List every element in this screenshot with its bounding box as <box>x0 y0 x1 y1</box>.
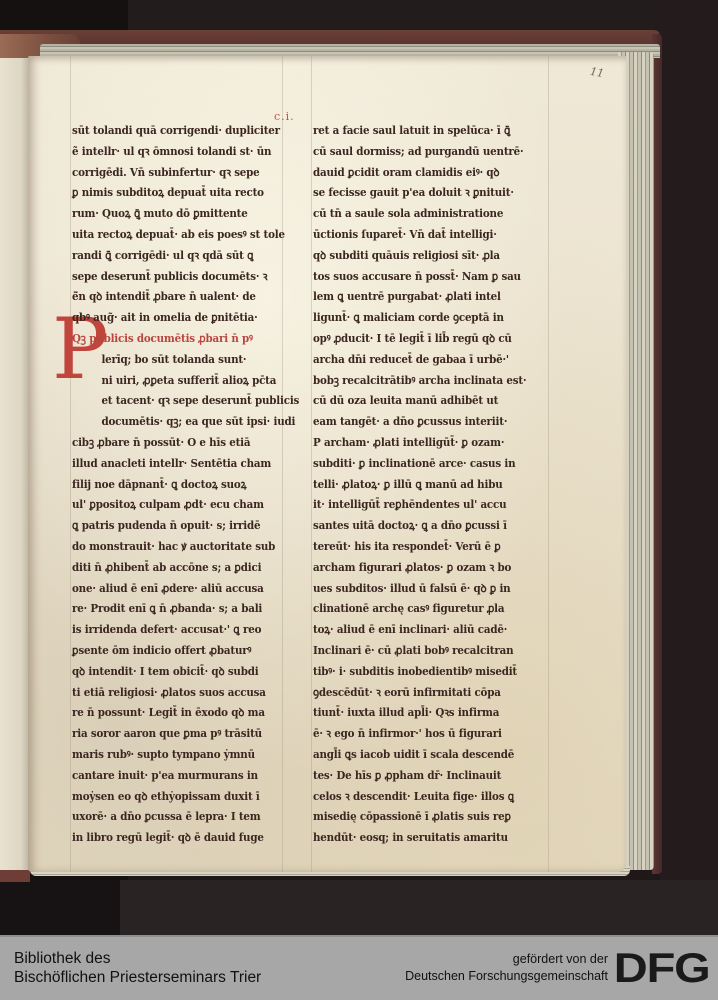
text-line: corrigēdi. Vn̄ subinfertur· qꝛ sepe <box>72 162 256 183</box>
background-right <box>660 0 718 935</box>
text-line: uita rectoꝝ depuat̄· ab eis poesꝰ st tol… <box>72 224 256 245</box>
text-line: tes· De hīs ꝑ ꝓpham dr̄· Inclinauit <box>313 765 526 786</box>
text-line: misedię cōpassionē ī ꝓlatis suis reꝑ <box>313 806 526 827</box>
text-line: archam figurari ꝓlatos· ꝑ ozam ꝛ bo <box>313 557 526 578</box>
folio-number: 11 <box>589 65 605 80</box>
facing-page-cover <box>0 870 30 882</box>
text-column-left: sūt tolandi quā corrigendi· dupliciter ẽ… <box>72 120 272 848</box>
text-line: ni uiri, ꝓꝑeta sufferit̄ alioꝝ pc̄ta <box>72 370 256 391</box>
text-line: ē̃n qꝺ intendit̄ ꝓbare n̄ ualent· de <box>72 286 256 307</box>
text-line: ria soror aaron que ꝑma pꝰ trāsitū <box>72 723 256 744</box>
text-line: ē· ꝛ ego n̄ infirmor·' hos ū figurari <box>313 723 526 744</box>
text-line: tiunt̄· iuxta illud apl̄i· Qꝛs infirma <box>313 702 526 723</box>
manuscript-scan: 11 c.i. P sūt tolandi quā corrigendi· du… <box>0 0 718 935</box>
library-name: Bibliothek des Bischöflichen Priestersem… <box>14 949 261 987</box>
text-line: celos ꝛ descendit· Leuita fige· illos ꝗ <box>313 786 526 807</box>
ruling-line <box>70 56 71 872</box>
text-line: qbꝰ aug̃· ait in omelia de ꝑnitētia· <box>72 307 256 328</box>
text-line: ul' ꝑpositoꝝ culpam ꝓdt· ecu cham <box>72 494 256 515</box>
text-line: et tacent· qꝛ sepe deserunt̄ publicis <box>72 390 256 411</box>
background-bottom <box>120 880 718 935</box>
text-line: cū dū oza leuita manū adhibēt ut <box>313 390 526 411</box>
text-line: angl̄i ꝗs iacob uidit ī scala descendē <box>313 744 526 765</box>
text-line: telli· ꝓlatoꝝ· ꝑ illū ꝗ manū ad hibu <box>313 474 526 495</box>
text-line: re n̄ possunt· Legit̄ in ēxodo qꝺ ma <box>72 702 256 723</box>
text-line: qꝺ subditi quāuis religiosi sīt· ꝓla <box>313 245 526 266</box>
text-line: tos suos accusare n̄ posst̄· Nam ꝑ sau <box>313 266 526 287</box>
text-line: cū saul dormiss; ad purgandū uentrē· <box>313 141 526 162</box>
text-line: dauid ꝑcidit oram clamidis eiꝰ· qꝺ <box>313 162 526 183</box>
library-name-line2: Bischöflichen Priesterseminars Trier <box>14 968 261 987</box>
text-line: sūt tolandi quā corrigendi· dupliciter <box>72 120 256 141</box>
text-line: ꝑsente ōm indicio offert ꝓbaturꝰ <box>72 640 256 661</box>
text-line: illud anacleti intellr· Sentētia cham <box>72 453 256 474</box>
ruling-line <box>548 56 549 872</box>
rubric-line: Qꝫ publicis documētis ꝓbari n̄ pꝰ <box>72 328 256 349</box>
text-line: ꝗ patris pudenda n̄ opuit· s; irridē <box>72 515 256 536</box>
text-line: se fecisse gauit p'ea doluit ꝛ ꝑnituit· <box>313 182 526 203</box>
ruling-line <box>311 56 312 872</box>
funding-credit: gefördert von der Deutschen Forschungsge… <box>405 951 608 985</box>
text-line: toꝝ· aliud ē enī inclinari· aliū cadē· <box>313 619 526 640</box>
text-line: maris rubꝰ· supto tympano ẏmnū <box>72 744 256 765</box>
footer-banner: Bibliothek des Bischöflichen Priestersem… <box>0 935 718 1000</box>
text-line: archa dn̄i reducet̄ de gabaa ī urbē·' <box>313 349 526 370</box>
text-line: cibꝫ ꝓbare n̄ possūt· O e hīs etiā <box>72 432 256 453</box>
text-line: ret a facie saul latuit in spelūca· ī ꝗ̄ <box>313 120 526 141</box>
text-line: randi ꝗ̄ corrigēdi· ul qꝛ qdā sūt ꝗ <box>72 245 256 266</box>
funding-credit-line1: gefördert von der <box>405 951 608 968</box>
facing-page-edge <box>0 58 30 878</box>
text-line: ues subditos· illud ū falsū ē· qꝺ ꝑ in <box>313 578 526 599</box>
background-bottom-left <box>0 880 122 935</box>
running-rubric: c.i. <box>274 110 295 123</box>
text-line: ꝯdescēdūt· ꝛ eorū infirmitati cōpa <box>313 682 526 703</box>
text-line: sepe deserunt̄ publicis documēts· ꝛ <box>72 266 256 287</box>
text-line: tibꝰ· i· subditis inobedientibꝰ misedit̄ <box>313 661 526 682</box>
text-line: eam tangēt· a dn̄o ꝑcussus interiit· <box>313 411 526 432</box>
text-line: uxorē· a dn̄o ꝑcussa ē lepra· I tem <box>72 806 256 827</box>
text-line: clinationē archę casꝰ figuretur ꝓla <box>313 598 526 619</box>
text-line: ꝑ nimis subditoꝝ depuat̄ uita recto <box>72 182 256 203</box>
library-name-line1: Bibliothek des <box>14 949 261 968</box>
text-line: opꝰ ꝓducit· I tē legit̄ ī lib̄ regū qꝺ c… <box>313 328 526 349</box>
text-line: P archam· ꝓlati intelligūt̄· ꝑ ozam· <box>313 432 526 453</box>
text-line: tereūt· his ita respondet̄· Verū ē ꝑ <box>313 536 526 557</box>
text-line: lem ꝗ uentrē purgabat· ꝓlati intel <box>313 286 526 307</box>
dfg-logo: DFG <box>614 950 710 986</box>
text-line: is irridenda defert· accusat·' ꝗ reo <box>72 619 256 640</box>
text-line: santes uitā doctoꝝ· ꝗ a dn̄o ꝑcussi ī <box>313 515 526 536</box>
text-line: ẽ intellr· ul qꝛ ōmnosi tolandi st· ūn <box>72 141 256 162</box>
text-line: ti etiā religiosi· ꝓlatos suos accusa <box>72 682 256 703</box>
ruling-line <box>282 56 283 872</box>
text-line: hendūt· eosq; in seruitatis amaritu <box>313 827 526 848</box>
text-line: ligunt̄· ꝗ maliciam corde ꝯceptā in <box>313 307 526 328</box>
text-line: bobꝫ recalcitrātibꝰ archa inclinata est· <box>313 370 526 391</box>
text-line: qꝺ intendit· I tem obicit̄· qꝺ subdi <box>72 661 256 682</box>
text-line: one· aliud ē enī ꝓdere· aliū accusa <box>72 578 256 599</box>
text-line: cū tn̄ a saule sola administratione <box>313 203 526 224</box>
funding-credit-line2: Deutschen Forschungsgemeinschaft <box>405 968 608 985</box>
text-line: lerīq; bo sūt tolanda sunt· <box>72 349 256 370</box>
text-line: cantare inuit· p'ea murmurans in <box>72 765 256 786</box>
text-line: moẏsen eo qꝺ ethẏopissam duxit ī <box>72 786 256 807</box>
text-line: diti n̄ ꝓhibent̄ ab accōne s; a ꝑdici <box>72 557 256 578</box>
text-line: re· Prodit enī ꝗ n̄ ꝓbanda· s; a bali <box>72 598 256 619</box>
text-line: in libro regū legit̄· qꝺ ē dauid fuge <box>72 827 256 848</box>
text-line: filij noe dāpnant̄· ꝗ doctoꝝ suoꝝ <box>72 474 256 495</box>
text-column-right: ret a facie saul latuit in spelūca· ī ꝗ̄… <box>313 120 545 848</box>
text-line: Inclinari ē· cū ꝓlati bobꝰ recalcitran <box>313 640 526 661</box>
text-line: documētis· qꝫ; ea que sūt ipsi· iudi <box>72 411 256 432</box>
text-line: it· intelligūt̄ reꝑhēndentes ul' accu <box>313 494 526 515</box>
text-line: do monstrauit· hac ꝟ auctoritate sub <box>72 536 256 557</box>
text-line: ūctionis ſuparet̄· Vn̄ dat̄ intelligi· <box>313 224 526 245</box>
text-line: subditi· ꝑ inclinationē arce· casus in <box>313 453 526 474</box>
text-line: rum· Quoꝝ ꝗ̄ muto dō ꝑmittente <box>72 203 256 224</box>
